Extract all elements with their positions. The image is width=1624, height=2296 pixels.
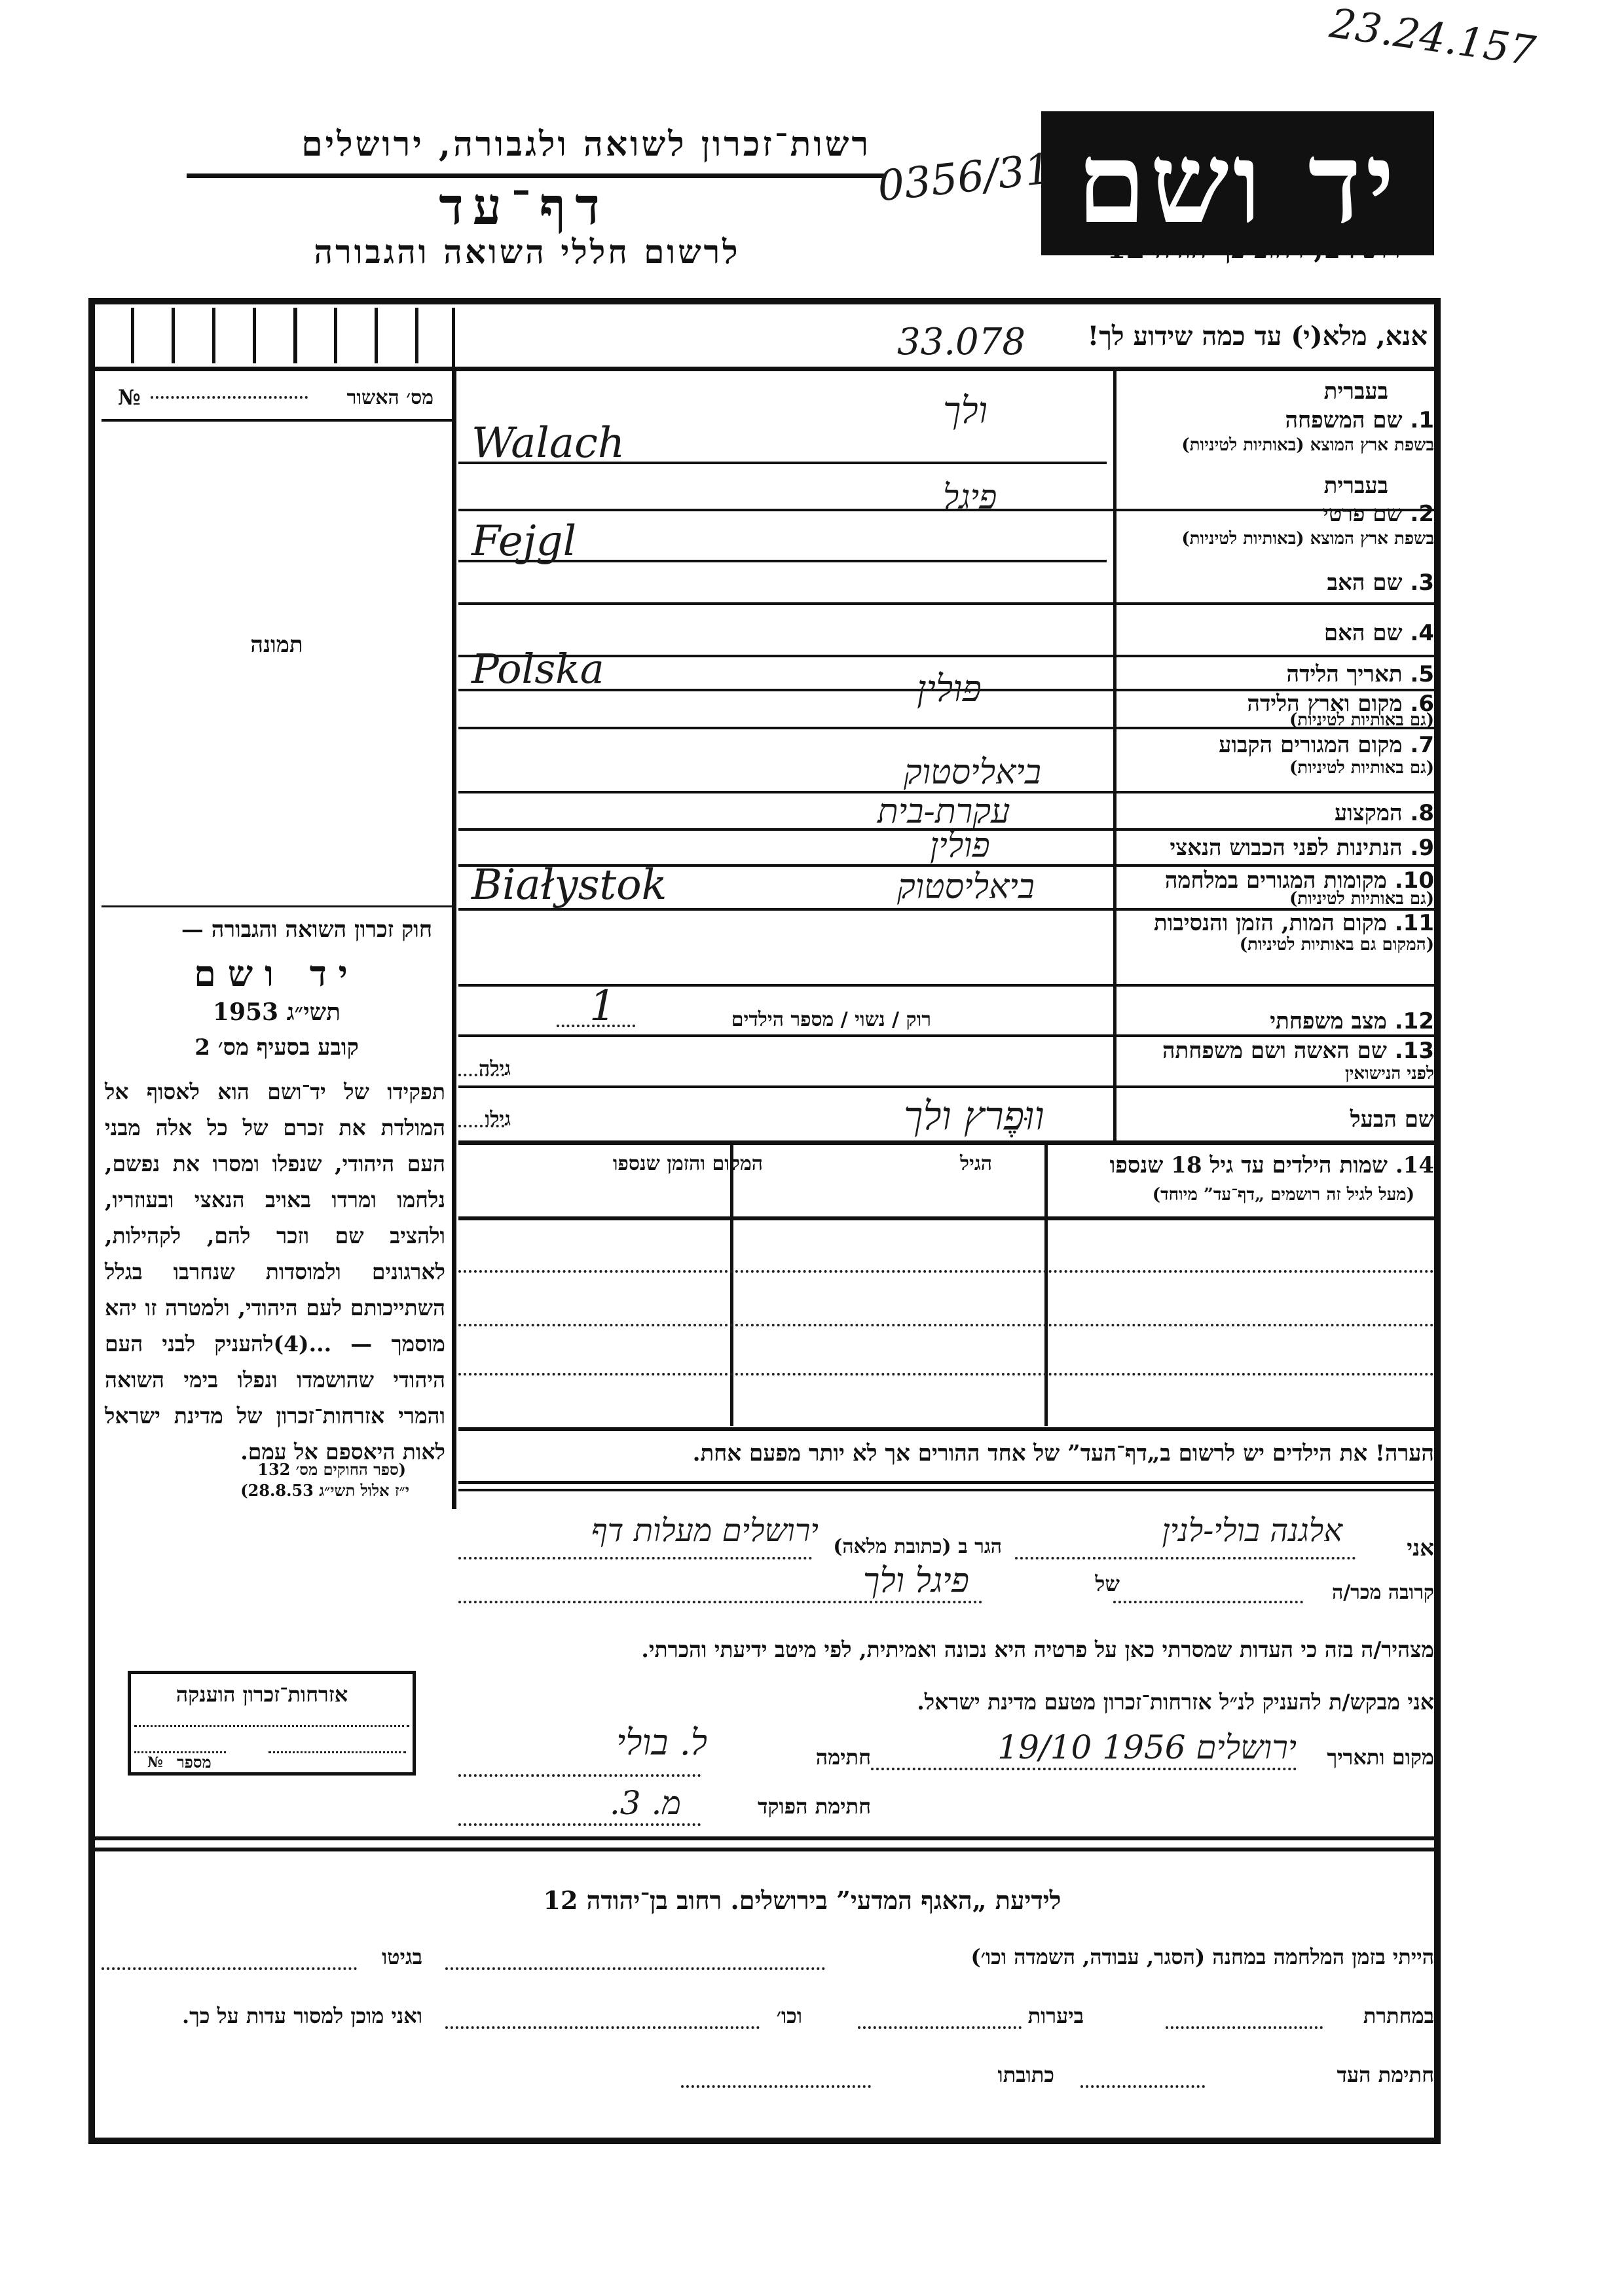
signature-value[interactable]: ל. בולי — [471, 1722, 707, 1763]
declarant-label: אני — [1407, 1535, 1434, 1561]
law-reference: (ספר החוקים מס׳ 132 — [257, 1460, 406, 1480]
law-section: קובע בסעיף מס׳ 2 — [101, 1034, 452, 1061]
organization-name: רשות־זכרון לשואה ולגבורה, ירושלים — [301, 124, 871, 164]
camp-label: הייתי בזמן המלחמה במחנה (הסגר, עבודה, הש… — [970, 1944, 1434, 1969]
family-name-latin-value[interactable]: Walach — [471, 419, 625, 467]
column-divider — [452, 367, 456, 1509]
family-name-hebrew-value[interactable]: ולך — [943, 390, 987, 432]
approval-number-field[interactable] — [151, 396, 308, 399]
wartime-residence-hebrew-value[interactable]: ביאליסטוק — [897, 867, 1035, 907]
field-father-name: 3. שם האב — [1327, 570, 1434, 596]
citizenship-box-title: אזרחות־זכרון הוענקה — [131, 1682, 393, 1707]
ghetto-label: בגיטו — [382, 1944, 422, 1969]
no-symbol: № — [147, 1754, 163, 1771]
table-row[interactable] — [458, 1324, 1434, 1326]
field-sublabel: בשפת ארץ המוצא (באותיות לטיניות) — [1181, 435, 1434, 455]
wife-age-label: גילה — [479, 1057, 511, 1080]
logo-text: יד ושם — [1077, 128, 1398, 239]
address-label: הגר ב (כתובת מלאה) — [833, 1535, 1002, 1558]
declarant-name-value[interactable]: אלגנה בולי-לנין — [1022, 1512, 1342, 1549]
photo-area[interactable]: תמונה — [101, 422, 452, 900]
citizenship-request: אני מבקש/ת להעניק לנ״ל אזרחות־זכרון מטעם… — [917, 1689, 1434, 1715]
first-name-latin-value[interactable]: Fejgl — [471, 517, 576, 566]
witness-address-label: כתובתו — [998, 2062, 1054, 2087]
law-text: תפקידו של יד־ושם הוא לאסוף אל המולדת את … — [105, 1074, 445, 1470]
underground-label: במחתרת — [1363, 2003, 1434, 2028]
ghetto-field[interactable] — [101, 1967, 357, 1970]
labels-divider — [1113, 371, 1116, 1140]
camp-field[interactable] — [445, 1967, 825, 1970]
field-sublabel: בשפת ארץ המוצא (באותיות לטיניות) — [1181, 529, 1434, 549]
first-name-hebrew-value[interactable]: פיגל — [943, 478, 997, 517]
form-title: דף־עד — [393, 177, 655, 236]
officer-signature-label: חתימת הפוקד — [758, 1794, 871, 1819]
hebrew-tag: בעברית — [1324, 378, 1388, 405]
citizenship-value[interactable]: פולין — [930, 826, 990, 866]
address: ירושלים, רחוב בן־יהודה 12 — [1061, 232, 1454, 265]
table-row[interactable] — [458, 1270, 1434, 1273]
children-note: הערה! את הילדים יש לרשום ב„דף־העד” של אח… — [693, 1440, 1434, 1467]
citizenship-granted-box: אזרחות־זכרון הוענקה № מספר — [128, 1671, 416, 1776]
wife-age-field[interactable] — [458, 1074, 504, 1076]
divider — [88, 367, 1441, 371]
etc-label: וכו׳ — [777, 2003, 802, 2028]
witness-signature-field[interactable] — [1080, 2085, 1205, 2088]
hebrew-tag: בעברית — [1324, 473, 1388, 499]
file-number: 0356/31 — [876, 145, 1054, 211]
no-symbol: № — [118, 385, 141, 410]
field-number: 2. — [1410, 501, 1434, 527]
column-age: הגיל — [960, 1152, 992, 1175]
profession-value[interactable]: עקרת-בית — [877, 792, 1010, 831]
law-year: תשי״ג 1953 — [101, 998, 452, 1026]
field-label: שם פרטי — [1323, 501, 1403, 527]
relation-field[interactable] — [1113, 1601, 1303, 1603]
witness-address-field[interactable] — [681, 2085, 871, 2088]
relation-of-value[interactable]: פיגל ולך — [655, 1561, 969, 1601]
divider — [101, 905, 452, 907]
husband-age-field[interactable] — [458, 1125, 504, 1127]
column-place: המקום והזמן שנספו — [613, 1152, 763, 1175]
forests-label: ביערות — [1028, 2003, 1084, 2028]
approval-label: מס׳ האשור — [347, 386, 434, 409]
law-reference-date: י״ז אלול תשי״ג 28.8.53) — [240, 1481, 409, 1501]
citizenship-number-label: מספר — [177, 1753, 212, 1772]
info-section-title: לידיעת „האגף המדעי” בירושלים. רחוב בן־יה… — [393, 1886, 1211, 1916]
relation-label[interactable]: קרובה מכר/ה — [1332, 1581, 1434, 1604]
children-count-value[interactable]: 1 — [589, 982, 616, 1030]
field-number: 1. — [1410, 407, 1434, 433]
archive-stamp-number: 23.24.157 — [1327, 0, 1538, 75]
field-birth-date: 5. תאריך הלידה — [1287, 661, 1434, 687]
place-date-value[interactable]: ירושלים 1956 19/10 — [871, 1728, 1297, 1766]
officer-signature-value[interactable]: מ. 3. — [485, 1784, 681, 1822]
birth-place-hebrew-value[interactable]: פולין — [917, 668, 982, 710]
of-label: של — [1095, 1571, 1120, 1596]
declaration-statement: מצהיר/ה בזה כי העדות שמסרתי כאן על פרטיה… — [641, 1637, 1434, 1663]
form-subtitle: לרשום חללי השואה והגבורה — [249, 232, 805, 271]
other-field[interactable] — [445, 2026, 760, 2029]
children-subheader: (מעל לגיל זה רושמים „דף־עד” מיוחד) — [1153, 1185, 1414, 1205]
field-label: שם המשפחה — [1285, 407, 1402, 433]
declarant-address-value[interactable]: ירושלים מעלות דף — [478, 1512, 819, 1549]
birth-place-latin-value[interactable]: Polska — [471, 645, 604, 693]
table-row[interactable] — [458, 1373, 1434, 1376]
place-date-label: מקום ותאריך — [1327, 1745, 1434, 1770]
divider — [101, 419, 452, 422]
forests-field[interactable] — [858, 2026, 1022, 2029]
signature-label: חתימה — [816, 1745, 871, 1770]
testimony-willing-label: ואני מוכן למסור עדות על כך. — [182, 2003, 422, 2028]
children-header: 14. שמות הילדים עד גיל 18 שנספו — [1110, 1152, 1434, 1178]
wartime-residence-latin-value[interactable]: Białystok — [471, 861, 667, 909]
marital-options[interactable]: רוק / נשוי / מספר הילדים — [731, 1008, 931, 1031]
photo-label: תמונה — [101, 632, 452, 658]
instruction-label: אנא, מלא(י) עד כמה שידוע לך! — [1088, 321, 1428, 352]
law-title: חוק זכרון השואה והגבורה — — [181, 917, 432, 943]
residence-hebrew-value[interactable]: ביאליסטוק — [904, 753, 1041, 792]
husband-name-value[interactable]: ווּפֶרץ ולך — [904, 1093, 1044, 1139]
witness-signature-label: חתימת העד — [1337, 2062, 1434, 2087]
law-name: יד ושם — [101, 953, 452, 994]
handwritten-code: 33.078 — [897, 321, 1025, 363]
underground-field[interactable] — [1166, 2026, 1323, 2029]
field-mother-name: 4. שם האם — [1324, 620, 1434, 646]
